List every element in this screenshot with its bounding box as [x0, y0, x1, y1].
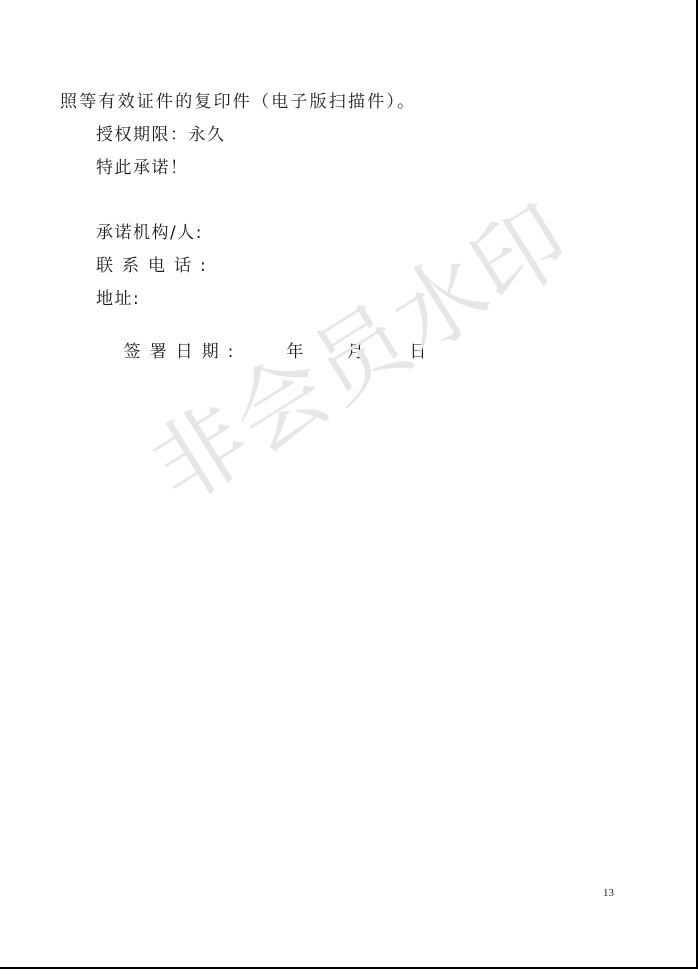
watermark-layer: 非会员水印 — [0, 0, 696, 967]
watermark-text: 非会员水印 — [138, 191, 585, 518]
document-page: 照等有效证件的复印件（电子版扫描件）。 授权期限：永久 特此承诺！ 承诺机构/人… — [0, 0, 698, 969]
page-number: 13 — [603, 887, 614, 899]
